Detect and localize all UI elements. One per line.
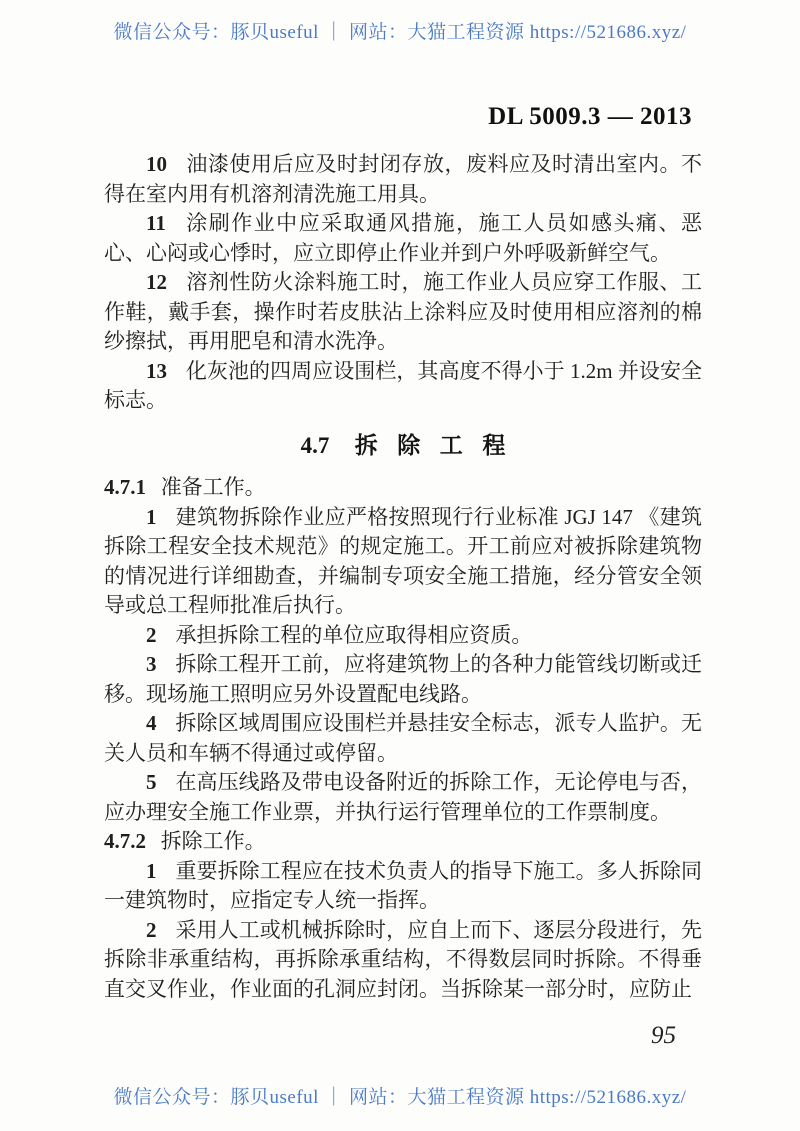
clause-paragraph: 1建筑物拆除作业应严格按照现行行业标准 JGJ 147 《建筑拆除工程安全技术规… xyxy=(104,503,702,621)
bottom-watermark: 微信公众号：豚贝useful ｜ 网站：大猫工程资源 https://52168… xyxy=(0,1082,800,1109)
clause-number: 5 xyxy=(146,770,157,794)
subclause-text: 拆除工作。 xyxy=(161,829,266,853)
clause-text: 拆除工程开工前，应将建筑物上的各种力能管线切断或迁移。现场施工照明应另外设置配电… xyxy=(104,652,702,706)
clause-number: 13 xyxy=(146,359,167,383)
clause-text: 涂刷作业中应采取通风措施，施工人员如感头痛、恶心、心闷或心悸时，应立即停止作业并… xyxy=(104,211,702,265)
subclause-heading: 4.7.1准备工作。 xyxy=(104,473,702,503)
top-watermark: 微信公众号：豚贝useful ｜ 网站：大猫工程资源 https://52168… xyxy=(0,17,800,44)
clause-paragraph: 2采用人工或机械拆除时，应自上而下、逐层分段进行，先拆除非承重结构，再拆除承重结… xyxy=(104,916,702,1005)
clause-number: 11 xyxy=(146,211,166,235)
clause-text: 油漆使用后应及时封闭存放，废料应及时清出室内。不得在室内用有机溶剂清洗施工用具。 xyxy=(104,152,702,206)
clause-paragraph: 12溶剂性防火涂料施工时，施工作业人员应穿工作服、工作鞋，戴手套，操作时若皮肤沾… xyxy=(104,268,702,357)
clause-text: 采用人工或机械拆除时，应自上而下、逐层分段进行，先拆除非承重结构，再拆除承重结构… xyxy=(104,918,702,1001)
clause-number: 1 xyxy=(146,859,157,883)
clause-number: 3 xyxy=(146,652,157,676)
subclause-number: 4.7.2 xyxy=(104,829,146,853)
clause-text: 承担拆除工程的单位应取得相应资质。 xyxy=(175,623,532,647)
clause-number: 12 xyxy=(146,270,167,294)
subclause-number: 4.7.1 xyxy=(104,475,146,499)
subclause-heading: 4.7.2拆除工作。 xyxy=(104,827,702,857)
clause-paragraph: 5在高压线路及带电设备附近的拆除工作，无论停电与否，应办理安全施工作业票，并执行… xyxy=(104,768,702,827)
section-title: 拆除工程 xyxy=(355,432,525,458)
clause-text: 化灰池的四周应设围栏，其高度不得小于 1.2m 并设安全标志。 xyxy=(104,359,702,413)
clause-number: 2 xyxy=(146,918,157,942)
clause-number: 4 xyxy=(146,711,157,735)
subclause-text: 准备工作。 xyxy=(161,475,266,499)
standard-number-header: DL 5009.3 — 2013 xyxy=(488,103,692,131)
clause-paragraph: 10油漆使用后应及时封闭存放，废料应及时清出室内。不得在室内用有机溶剂清洗施工用… xyxy=(104,150,702,209)
document-body: 10油漆使用后应及时封闭存放，废料应及时清出室内。不得在室内用有机溶剂清洗施工用… xyxy=(104,150,702,1004)
clause-text: 重要拆除工程应在技术负责人的指导下施工。多人拆除同一建筑物时，应指定专人统一指挥… xyxy=(104,859,702,913)
clause-paragraph: 11涂刷作业中应采取通风措施，施工人员如感头痛、恶心、心闷或心悸时，应立即停止作… xyxy=(104,209,702,268)
document-page: 微信公众号：豚贝useful ｜ 网站：大猫工程资源 https://52168… xyxy=(0,0,800,1131)
section-heading: 4.7拆除工程 xyxy=(104,431,702,461)
clause-number: 1 xyxy=(146,505,157,529)
clause-paragraph: 4拆除区域周围应设围栏并悬挂安全标志，派专人监护。无关人员和车辆不得通过或停留。 xyxy=(104,709,702,768)
clause-paragraph: 2承担拆除工程的单位应取得相应资质。 xyxy=(104,621,702,651)
page-number: 95 xyxy=(651,1022,676,1050)
clause-paragraph: 13化灰池的四周应设围栏，其高度不得小于 1.2m 并设安全标志。 xyxy=(104,357,702,416)
clause-text: 在高压线路及带电设备附近的拆除工作，无论停电与否，应办理安全施工作业票，并执行运… xyxy=(104,770,702,824)
clause-number: 2 xyxy=(146,623,157,647)
clause-text: 溶剂性防火涂料施工时，施工作业人员应穿工作服、工作鞋，戴手套，操作时若皮肤沾上涂… xyxy=(104,270,702,353)
clause-text: 建筑物拆除作业应严格按照现行行业标准 JGJ 147 《建筑拆除工程安全技术规范… xyxy=(104,505,702,618)
section-number: 4.7 xyxy=(301,433,330,458)
clause-number: 10 xyxy=(146,152,167,176)
clause-paragraph: 3拆除工程开工前，应将建筑物上的各种力能管线切断或迁移。现场施工照明应另外设置配… xyxy=(104,650,702,709)
clause-paragraph: 1重要拆除工程应在技术负责人的指导下施工。多人拆除同一建筑物时，应指定专人统一指… xyxy=(104,857,702,916)
clause-text: 拆除区域周围应设围栏并悬挂安全标志，派专人监护。无关人员和车辆不得通过或停留。 xyxy=(104,711,702,765)
